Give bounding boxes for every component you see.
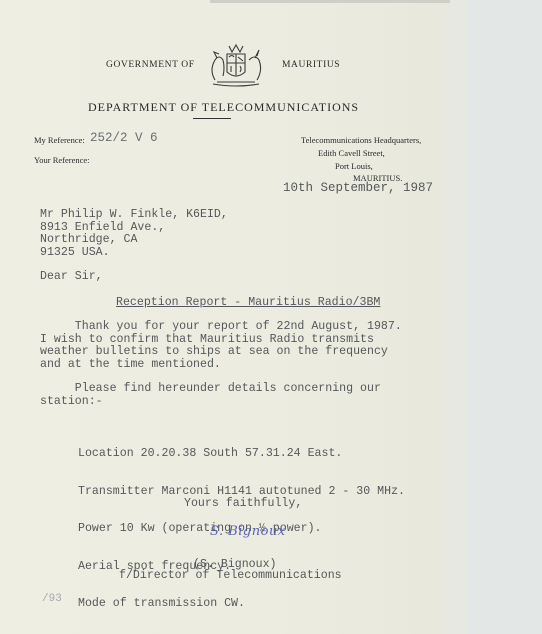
letter-date: 10th September, 1987 <box>283 181 433 195</box>
your-reference-label: Your Reference: <box>34 155 90 165</box>
closing: Yours faithfully, <box>184 498 302 511</box>
sender-address-line3: Port Louis, <box>335 161 373 171</box>
sender-address-line1: Telecommunications Headquarters, <box>301 135 421 145</box>
letterhead-divider <box>193 118 231 119</box>
coat-of-arms-icon <box>205 40 267 90</box>
letterhead-country: MAURITIUS <box>282 60 340 70</box>
detail-location: Location 20.20.38 South 57.31.24 East. <box>78 448 405 461</box>
station-details: Location 20.20.38 South 57.31.24 East. T… <box>78 423 405 623</box>
handwritten-signature: S. Bignoux <box>210 524 286 539</box>
subject-line: Reception Report - Mauritius Radio/3BM <box>116 297 380 310</box>
my-reference-label: My Reference: <box>34 135 85 145</box>
my-reference-value: 252/2 V 6 <box>90 131 158 145</box>
letterhead-department: DEPARTMENT OF TELECOMMUNICATIONS <box>88 100 359 115</box>
scan-edge-strip <box>467 0 542 634</box>
scan-top-shadow <box>210 0 450 3</box>
body-paragraph-2: Please find hereunder details concerning… <box>40 383 381 408</box>
recipient-address: Mr Philip W. Finkle, K6EID, 8913 Enfield… <box>40 209 228 259</box>
page-reference: /93 <box>42 593 62 605</box>
signatory-title: f/Director of Telecommunications <box>119 570 342 583</box>
detail-mode: Mode of transmission CW. <box>78 598 405 611</box>
sender-address-line2: Edith Cavell Street, <box>318 148 385 158</box>
salutation: Dear Sir, <box>40 271 103 284</box>
body-paragraph-1: Thank you for your report of 22nd August… <box>40 321 402 371</box>
letterhead-government: GOVERNMENT OF <box>106 60 195 70</box>
